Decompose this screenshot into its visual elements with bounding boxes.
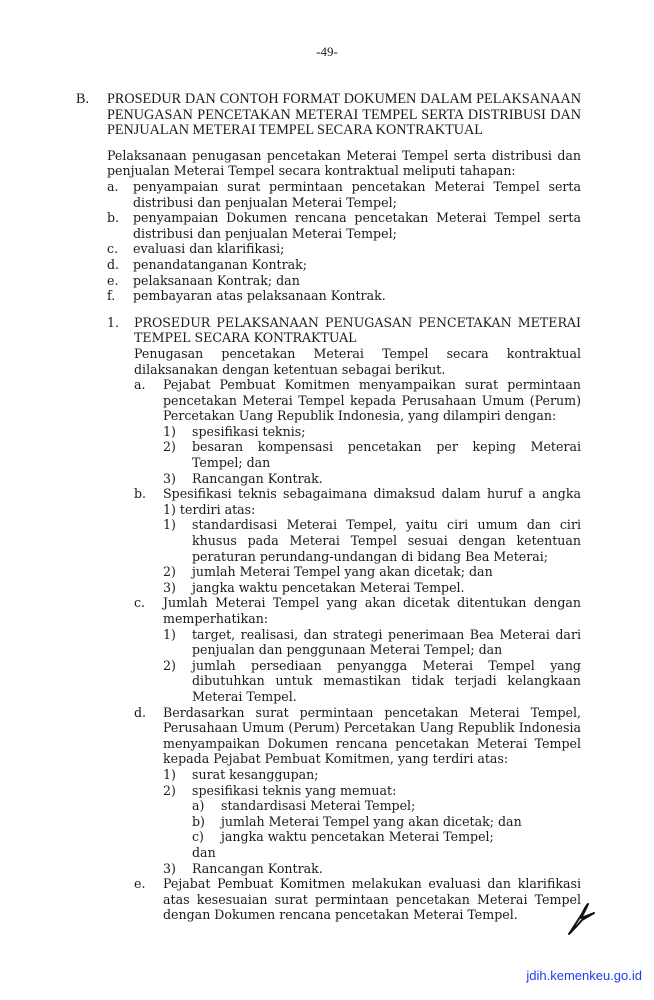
list-text: penyampaian surat permintaan pencetakan … [133,179,581,210]
sub-text: besaran kompensasi pencetakan per keping… [192,439,581,470]
section-intro: Pelaksanaan penugasan pencetakan Meterai… [107,148,581,179]
list-text: evaluasi dan klarifikasi; [133,241,581,257]
sub-label: 3) [163,861,192,877]
sub-text: spesifikasi teknis; [192,424,581,440]
sub-text: standardisasi Meterai Tempel, yaitu ciri… [192,517,581,564]
list-item: f.pembayaran atas pelaksanaan Kontrak. [107,288,581,304]
sub-label: 2) [163,783,192,861]
list-text: Spesifikasi teknis sebagaimana dimaksud … [163,486,581,517]
subsection-label: 1. [107,315,134,923]
sub-label: 1) [163,627,192,658]
sub-sub-item: a)standardisasi Meterai Tempel; [192,798,581,814]
list-text: penandatanganan Kontrak; [133,257,581,273]
list-item: b. Spesifikasi teknis sebagaimana dimaks… [134,486,581,595]
sub-text: Rancangan Kontrak. [192,471,581,487]
sub-text: jangka waktu pencetakan Meterai Tempel. [192,580,581,596]
sub-sub-item: b)jumlah Meterai Tempel yang akan diceta… [192,814,581,830]
sub-trailing-text: dan [192,845,581,861]
list-item: c. Jumlah Meterai Tempel yang akan dicet… [134,595,581,704]
list-label: a. [134,377,163,486]
list-item: e. Pejabat Pembuat Komitmen melakukan ev… [134,876,581,923]
sub-text: target, realisasi, dan strategi penerima… [192,627,581,658]
sub-item: 3)Rancangan Kontrak. [163,471,581,487]
sub-item: 1)spesifikasi teknis; [163,424,581,440]
sub-label: 1) [163,424,192,440]
sub-item: 1)surat kesanggupan; [163,767,581,783]
section-title: PROSEDUR DAN CONTOH FORMAT DOKUMEN DALAM… [107,92,581,139]
list-text: Berdasarkan surat permintaan pencetakan … [163,705,581,767]
list-text: Pejabat Pembuat Komitmen melakukan evalu… [163,876,581,923]
sub-item: 2)jumlah Meterai Tempel yang akan diceta… [163,564,581,580]
footer-link[interactable]: jdih.kemenkeu.go.id [526,968,642,984]
list-label: a. [107,179,133,210]
sub-item: 2) spesifikasi teknis yang memuat: a)sta… [163,783,581,861]
list-text: Jumlah Meterai Tempel yang akan dicetak … [163,595,581,626]
sub-item: 1)standardisasi Meterai Tempel, yaitu ci… [163,517,581,564]
list-item: c.evaluasi dan klarifikasi; [107,241,581,257]
sub-sub-label: a) [192,798,221,814]
list-item: e.pelaksanaan Kontrak; dan [107,273,581,289]
sub-item: 1)target, realisasi, dan strategi peneri… [163,627,581,658]
list-item: d. Berdasarkan surat permintaan pencetak… [134,705,581,877]
sub-text: Rancangan Kontrak. [192,861,581,877]
sub-item: 2)jumlah persediaan penyangga Meterai Te… [163,658,581,705]
sub-sub-label: b) [192,814,221,830]
sub-item: 3)jangka waktu pencetakan Meterai Tempel… [163,580,581,596]
sub-sub-text: jumlah Meterai Tempel yang akan dicetak;… [221,814,581,830]
sub-sub-text: jangka waktu pencetakan Meterai Tempel; [221,829,581,845]
sub-label: 1) [163,517,192,564]
sub-item: 2)besaran kompensasi pencetakan per kepi… [163,439,581,470]
stage-list: a.penyampaian surat permintaan pencetaka… [107,179,581,304]
sub-item: 3)Rancangan Kontrak. [163,861,581,877]
section-label: B. [76,92,107,139]
list-item: a.penyampaian surat permintaan pencetaka… [107,179,581,210]
list-text: Pejabat Pembuat Komitmen menyampaikan su… [163,377,581,424]
subsection-title: PROSEDUR PELAKSANAAN PENUGASAN PENCETAKA… [134,315,581,346]
signature-icon [566,902,596,936]
sub-text: surat kesanggupan; [192,767,581,783]
page-number: -49- [0,44,654,60]
list-text: pelaksanaan Kontrak; dan [133,273,581,289]
list-label: b. [107,210,133,241]
sub-label: 1) [163,767,192,783]
list-item: d.penandatanganan Kontrak; [107,257,581,273]
sub-text: jumlah persediaan penyangga Meterai Temp… [192,658,581,705]
list-item: b.penyampaian Dokumen rencana pencetakan… [107,210,581,241]
sub-sub-text: standardisasi Meterai Tempel; [221,798,581,814]
sub-label: 3) [163,580,192,596]
sub-label: 2) [163,658,192,705]
sub-text: jumlah Meterai Tempel yang akan dicetak;… [192,564,581,580]
list-label: d. [107,257,133,273]
sub-text: spesifikasi teknis yang memuat: [192,783,581,799]
subsection-intro: Penugasan pencetakan Meterai Tempel seca… [134,346,581,377]
sub-sub-label: c) [192,829,221,845]
list-text: pembayaran atas pelaksanaan Kontrak. [133,288,581,304]
section-b: B. PROSEDUR DAN CONTOH FORMAT DOKUMEN DA… [76,92,581,923]
section-heading: B. PROSEDUR DAN CONTOH FORMAT DOKUMEN DA… [76,92,581,139]
list-label: c. [107,241,133,257]
list-item: a. Pejabat Pembuat Komitmen menyampaikan… [134,377,581,486]
list-label: e. [107,273,133,289]
list-label: d. [134,705,163,877]
sub-label: 2) [163,439,192,470]
list-label: b. [134,486,163,595]
list-text: penyampaian Dokumen rencana pencetakan M… [133,210,581,241]
sub-label: 3) [163,471,192,487]
list-label: e. [134,876,163,923]
list-label: c. [134,595,163,704]
sub-sub-item: c)jangka waktu pencetakan Meterai Tempel… [192,829,581,845]
subsection-1: 1. PROSEDUR PELAKSANAAN PENUGASAN PENCET… [107,315,581,923]
sub-label: 2) [163,564,192,580]
list-label: f. [107,288,133,304]
